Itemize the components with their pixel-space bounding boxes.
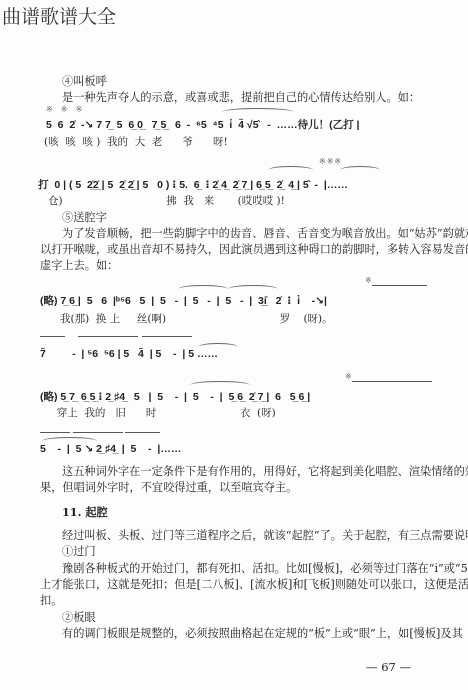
score-line: (略) 7̲ 6̲ | 5 6 |ᵇ⁵6 5 | 5 - | 5 - | 5 -…	[40, 293, 327, 308]
book-page: 曲谱歌谱大全 ④叫板呼 是一种先声夺人的示意，或喜或悲，提前把自己的心情传达给别…	[0, 0, 468, 690]
extension-line	[40, 336, 65, 337]
extension-line	[73, 432, 123, 433]
section4-intro: 是一种先声夺人的示意，或喜或悲，提前把自己的心情传达给别人。如：	[62, 91, 420, 105]
score-line: 打 0 | ( 5 2̲̇2̲̇ | 5 2̲̇ 2̲̇ | 5 0 ) ⁝ 5…	[38, 177, 348, 192]
paragraph-line: 果，但唱词外字时，不宜咬得过重，以至喧宾夺主。	[40, 481, 297, 495]
section-heading-4: ④叫板呼	[62, 75, 107, 89]
emphasis-marks: ※※※	[319, 157, 342, 166]
lyric-line: (咳 咳 咳 ) 我的 大 老 爷 呀!	[44, 134, 228, 149]
extension-line	[125, 432, 160, 433]
site-title: 曲谱歌谱大全	[2, 2, 116, 29]
paragraph-line: 豫剧各种板式的开始过门，都有死扣、活扣。比如[慢板]，必须等过门落在“i̇”或“…	[62, 562, 468, 576]
subheading: ①过门	[62, 545, 96, 559]
paragraph-line: 以打开喉咙，或虽出音却不易持久，因此演员遇到这种碍口的韵脚时，多转入容易发音的	[40, 243, 468, 257]
extension-line	[372, 285, 427, 286]
slur	[340, 166, 380, 174]
section-heading-11: 11. 起腔	[62, 505, 108, 519]
emphasis-mark: ※	[365, 276, 373, 285]
page-number: — 67 —	[366, 660, 411, 674]
extension-line	[142, 336, 192, 337]
score-line: 5 - | 5 ↘ 2̲ ♯4̲ | 5 - |……	[40, 443, 181, 455]
paragraph-line: 经过叫板、头板、过门等三道程序之后，就该“起腔”了。关于起腔，有三点需要说明：	[62, 529, 468, 543]
slur	[190, 381, 250, 389]
lyric-line: 仓) 拂 我 来 (哎哎哎 )!	[38, 193, 285, 208]
section-heading-5: ⑤送腔字	[62, 211, 107, 225]
slur	[222, 108, 294, 116]
slur	[228, 285, 278, 293]
extension-line	[40, 432, 70, 433]
paragraph-line: 上才能张口，这就是死扣；但是[二八板]、[流水板]和[飞板]则随处可以张口，这便…	[40, 578, 468, 592]
lyric-line: 穿上 我的 旧 时 衣 (呀)	[40, 405, 276, 420]
paragraph-line: 为了发音顺畅，把一些韵脚字中的齿音、唇音、舌音变为喉音放出。如“姑苏”韵就难	[62, 227, 468, 241]
extension-line	[78, 336, 138, 337]
paragraph-line: 这五种词外字在一定条件下是有作用的，用得好，它将起到美化唱腔、渲染情绪的效	[62, 465, 468, 479]
slur	[178, 285, 228, 293]
paragraph-line: 有的调门板眼是规整的，必须按照曲格起在定规的“板”上或“眼”上，如[慢板]及其	[62, 627, 463, 641]
emphasis-marks: ※ ※ ※	[46, 105, 83, 114]
lyric-line: 我(那) 换 上 丝(啊) 罗 (呀)。	[40, 311, 333, 326]
score-line: 7̃ - | ⁵6 ⁵6 | 5 4̃ | 5 - | 5 ……	[40, 348, 218, 360]
score-line: 5 6 2̇ -↘ 7 7̲ 5 6̲ 0̲ 7̲ 5̲ 6 - ⁶5 ⁴5 i…	[46, 117, 359, 132]
score-line: (略) 5̲ 7̲ 6̲ 5̲ ⁝ 2̲ ♯4̲ 5 | 5 - | 5 - |…	[40, 389, 310, 404]
extension-line	[352, 381, 432, 382]
emphasis-mark: ※	[345, 372, 353, 381]
paragraph-line: 虚字上去。如：	[40, 259, 118, 273]
subheading: ②板眼	[62, 611, 96, 625]
slur	[268, 166, 313, 174]
paragraph-line: 扣。	[40, 594, 62, 608]
